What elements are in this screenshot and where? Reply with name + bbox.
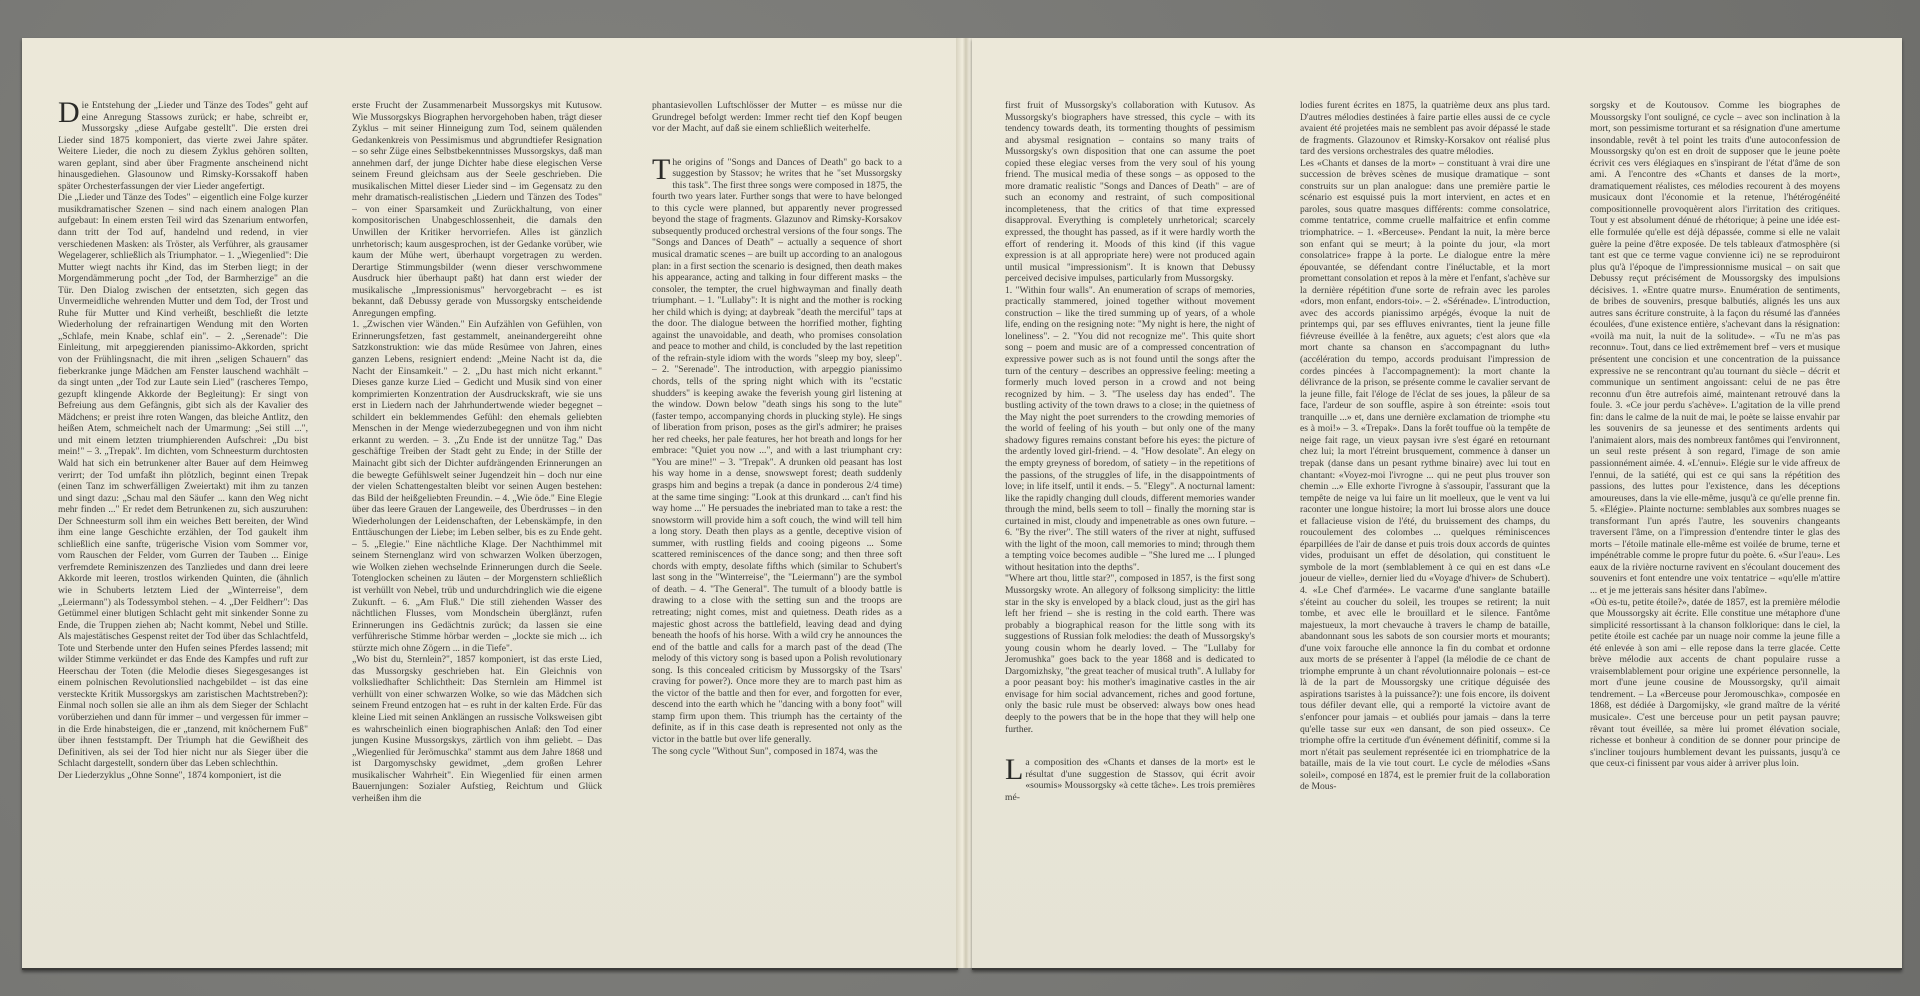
paragraph: first fruit of Mussorgsky's collaboratio…: [1005, 100, 1255, 285]
drop-cap: D: [58, 101, 80, 125]
column-german-2: erste Frucht der Zusammenarbeit Mussorgs…: [352, 100, 602, 804]
drop-cap: T: [652, 158, 670, 182]
left-page: Die Entstehung der „Lieder und Tänze des…: [22, 38, 958, 970]
section-gap: [652, 135, 902, 157]
column-german-1: Die Entstehung der „Lieder und Tänze des…: [58, 100, 308, 781]
paragraph: The song cycle "Without Sun", composed i…: [652, 746, 902, 758]
paragraph: phantasievollen Luftschlösser der Mutter…: [652, 100, 902, 135]
paragraph: The origins of "Songs and Dances of Deat…: [652, 157, 902, 746]
paragraph: „Wo bist du, Sternlein?", 1857 komponier…: [352, 654, 602, 804]
right-page: first fruit of Mussorgsky's collaboratio…: [972, 38, 1902, 970]
column-english: first fruit of Mussorgsky's collaboratio…: [1005, 100, 1255, 803]
paragraph: sorgsky et de Koutousov. Comme les biogr…: [1590, 100, 1840, 597]
column-german-english: phantasievollen Luftschlösser der Mutter…: [652, 100, 902, 757]
paragraph-text: ie Entstehung der „Lieder und Tänze des …: [58, 100, 308, 192]
paragraph: Die Entstehung der „Lieder und Tänze des…: [58, 100, 308, 192]
paragraph: 1. „Zwischen vier Wänden." Ein Aufzählen…: [352, 319, 602, 654]
paragraph: La composition des «Chants et danses de …: [1005, 757, 1255, 803]
paragraph: erste Frucht der Zusammenarbeit Mussorgs…: [352, 100, 602, 319]
paragraph: lodies furent écrites en 1875, la quatri…: [1300, 100, 1550, 158]
paragraph: «Où es-tu, petite étoile?», datée de 185…: [1590, 597, 1840, 770]
paragraph: Les «Chants et danses de la mort» – cons…: [1300, 158, 1550, 793]
column-french-1: lodies furent écrites en 1875, la quatri…: [1300, 100, 1550, 793]
paragraph: 1. "Within four walls". An enumeration o…: [1005, 285, 1255, 574]
paragraph: Die „Lieder und Tänze des Todes" – eigen…: [58, 192, 308, 769]
paragraph: "Where art thou, little star?", composed…: [1005, 573, 1255, 735]
paragraph: Der Liederzyklus „Ohne Sonne", 1874 komp…: [58, 770, 308, 782]
drop-cap: L: [1005, 758, 1023, 782]
section-gap: [1005, 735, 1255, 757]
column-french-2: sorgsky et de Koutousov. Comme les biogr…: [1590, 100, 1840, 770]
paragraph-text: he origins of "Songs and Dances of Death…: [652, 157, 902, 745]
booklet-spread: Die Entstehung der „Lieder und Tänze des…: [22, 38, 1902, 968]
paragraph-text: a composition des «Chants et danses de l…: [1005, 757, 1255, 803]
